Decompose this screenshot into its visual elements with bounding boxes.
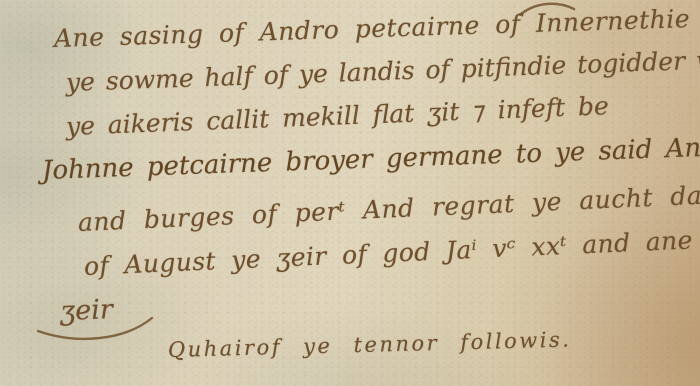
- manuscript-line-1: Ane sasing of Andro petcairne of Innerne…: [54, 2, 700, 53]
- manuscript-line-3: ye aikeris callit mekill flat ʒit ⁊ infe…: [65, 91, 609, 141]
- manuscript-line-7: ʒeir: [59, 294, 113, 327]
- manuscript-line-2: ye sowme half of ye landis of pitfindie …: [65, 45, 700, 97]
- manuscript-line-6: of August ye ʒeir of god Jaⁱ vᶜ xxᵗ and …: [83, 225, 693, 281]
- manuscript-page: Ane sasing of Andro petcairne of Innerne…: [0, 0, 700, 386]
- manuscript-line-4: Johnne petcairne broyer germane to ye sa…: [41, 131, 700, 186]
- manuscript-line-8: Quhairof ye tennor followis.: [168, 327, 572, 362]
